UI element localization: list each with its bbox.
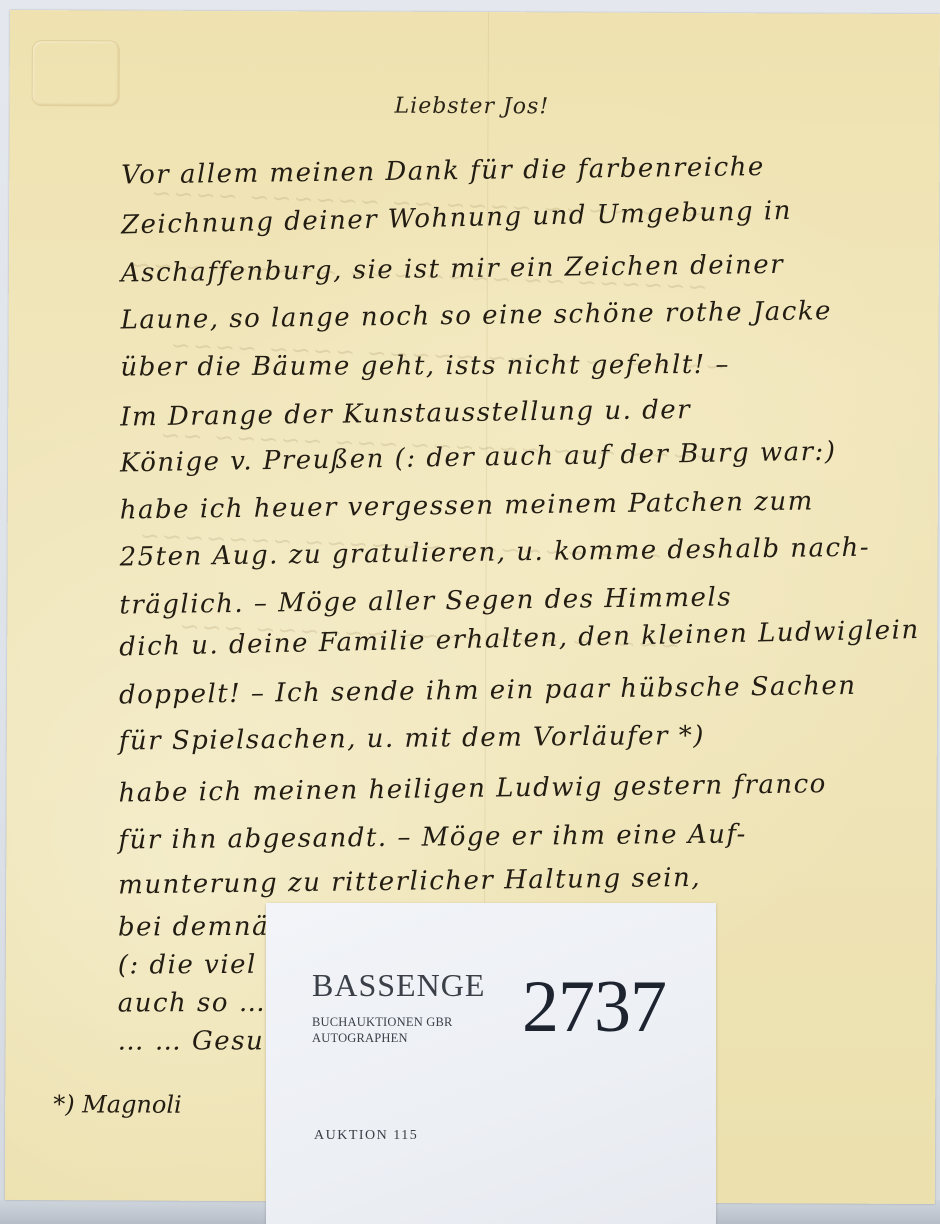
letter-line: Könige v. Preußen (: der auch auf der Bu… [120, 437, 837, 479]
auction-house-subtitle: BUCHAUKTIONEN GBR [312, 1015, 453, 1030]
letter-line: für Spielsachen, u. mit dem Vorläufer *) [119, 721, 705, 757]
letter-line: habe ich heuer vergessen meinem Patchen … [120, 486, 814, 525]
letter-line: Zeichnung deiner Wohnung und Umgebung in [121, 196, 792, 241]
letter-line: träglich. – Möge aller Segen des Himmels [119, 582, 732, 620]
letter-footnote: *) Magnoli [53, 1090, 182, 1119]
letter-line: Vor allem meinen Dank für die farbenreic… [121, 152, 765, 190]
letter-line: munterung zu ritterlicher Haltung sein, [118, 863, 701, 901]
letter-line: für ihn abgesandt. – Möge er ihm eine Au… [118, 819, 747, 855]
auction-house-name: BASSENGE [312, 967, 485, 1004]
lot-number: 2737 [522, 965, 666, 1050]
auction-department: AUTOGRAPHEN [312, 1031, 408, 1046]
letter-line: doppelt! – Ich sende ihm ein paar hübsch… [119, 671, 857, 711]
letter-line: über die Bäume geht, ists nicht gefehlt!… [120, 350, 730, 383]
letter-line: Aschaffenburg, sie ist mir ein Zeichen d… [121, 250, 785, 289]
auction-number: AUKTION 115 [314, 1128, 418, 1144]
letter-line: habe ich meinen heiligen Ludwig gestern … [118, 769, 827, 808]
letter-line: 25ten Aug. zu gratulieren, u. komme desh… [119, 533, 870, 573]
letter-line: dich u. deine Familie erhalten, den klei… [119, 615, 920, 662]
auction-label-card: BASSENGE BUCHAUKTIONEN GBR AUTOGRAPHEN 2… [266, 903, 716, 1224]
letter-line: Im Drange der Kunstausstellung u. der [120, 395, 691, 432]
letter-line: Laune, so lange noch so eine schöne roth… [120, 296, 832, 335]
